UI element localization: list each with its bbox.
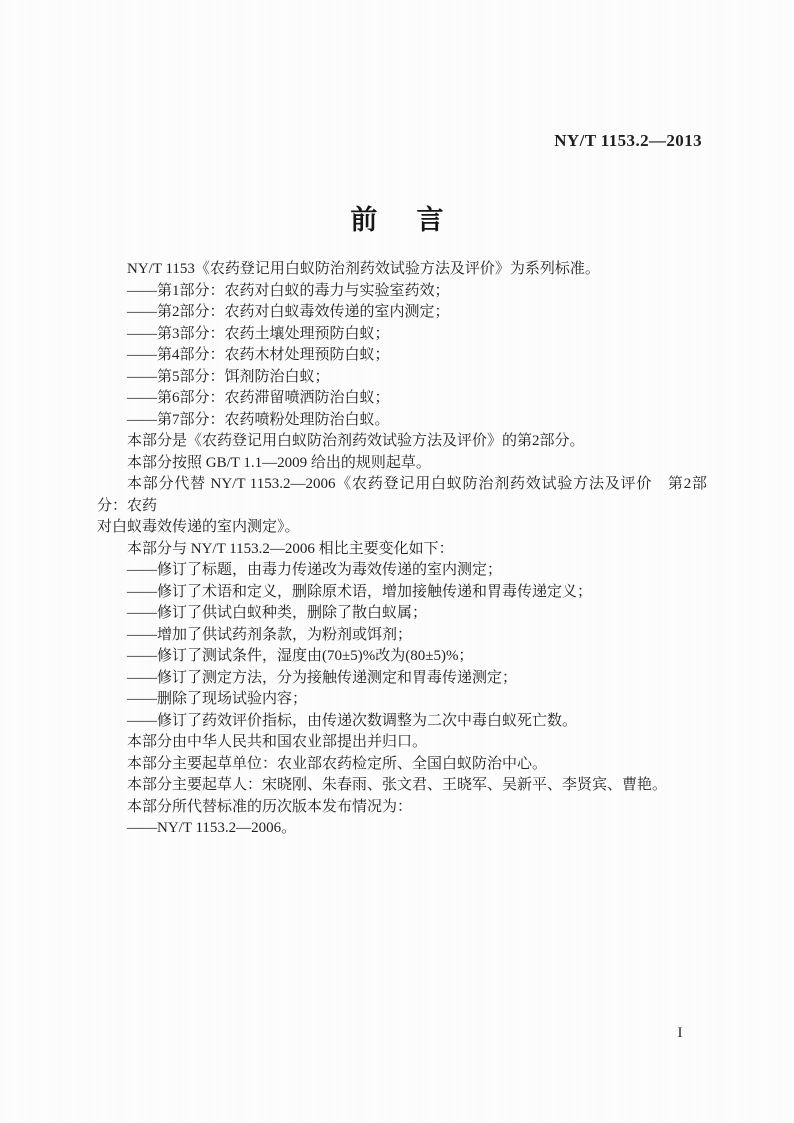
body-line: 本部分与 NY/T 1153.2—2006 相比主要变化如下： xyxy=(97,539,707,561)
body-line: 本部分所代替标准的历次版本发布情况为： xyxy=(97,797,707,819)
body-line-part-6: ——第6部分：农药滞留喷洒防治白蚁； xyxy=(97,388,707,410)
body-line-part-3: ——第3部分：农药土壤处理预防白蚁； xyxy=(97,324,707,346)
scanned-document-page: NY/T 1153.2—2013 前言 NY/T 1153《农药登记用白蚁防治剂… xyxy=(0,0,794,1123)
body-line-change-item: ——修订了测试条件，湿度由(70±5)%改为(80±5)%； xyxy=(97,646,707,668)
body-line: 本部分由中华人民共和国农业部提出并归口。 xyxy=(97,732,707,754)
standard-code-header: NY/T 1153.2—2013 xyxy=(554,131,702,151)
body-line: 本部分代替 NY/T 1153.2—2006《农药登记用白蚁防治剂药效试验方法及… xyxy=(97,474,707,517)
body-line-part-7: ——第7部分：农药喷粉处理防治白蚁。 xyxy=(97,410,707,432)
body-line-change-item: ——修订了药效评价指标，由传递次数调整为二次中毒白蚁死亡数。 xyxy=(97,711,707,733)
body-line-change-item: ——修订了测定方法，分为接触传递测定和胃毒传递测定； xyxy=(97,668,707,690)
body-line-part-5: ——第5部分：饵剂防治白蚁； xyxy=(97,367,707,389)
body-line-continuation: 对白蚁毒效传递的室内测定》。 xyxy=(97,517,707,539)
body-line-previous-edition: ——NY/T 1153.2—2006。 xyxy=(97,818,707,840)
body-line-change-item: ——删除了现场试验内容； xyxy=(97,689,707,711)
body-line-change-item: ——修订了术语和定义，删除原术语，增加接触传递和胃毒传递定义； xyxy=(97,582,707,604)
body-line: 本部分是《农药登记用白蚁防治剂药效试验方法及评价》的第2部分。 xyxy=(97,431,707,453)
page-title-foreword: 前言 xyxy=(0,198,794,237)
body-line-part-1: ——第1部分：农药对白蚁的毒力与实验室药效； xyxy=(97,281,707,303)
body-line: 本部分按照 GB/T 1.1—2009 给出的规则起草。 xyxy=(97,453,707,475)
body-line-change-item: ——修订了标题，由毒力传递改为毒效传递的室内测定； xyxy=(97,560,707,582)
page-number: I xyxy=(668,1025,692,1042)
body-line-part-4: ——第4部分：农药木材处理预防白蚁； xyxy=(97,345,707,367)
body-line: NY/T 1153《农药登记用白蚁防治剂药效试验方法及评价》为系列标准。 xyxy=(97,259,707,281)
body-line-change-item: ——修订了供试白蚁种类，删除了散白蚁属； xyxy=(97,603,707,625)
foreword-body: NY/T 1153《农药登记用白蚁防治剂药效试验方法及评价》为系列标准。 ——第… xyxy=(97,259,707,840)
body-line: 本部分主要起草单位：农业部农药检定所、全国白蚁防治中心。 xyxy=(97,754,707,776)
body-line-change-item: ——增加了供试药剂条款，为粉剂或饵剂； xyxy=(97,625,707,647)
body-line: 本部分主要起草人：宋晓刚、朱春雨、张文君、王晓军、吴新平、李贤宾、曹艳。 xyxy=(97,775,707,797)
body-line-part-2: ——第2部分：农药对白蚁毒效传递的室内测定； xyxy=(97,302,707,324)
